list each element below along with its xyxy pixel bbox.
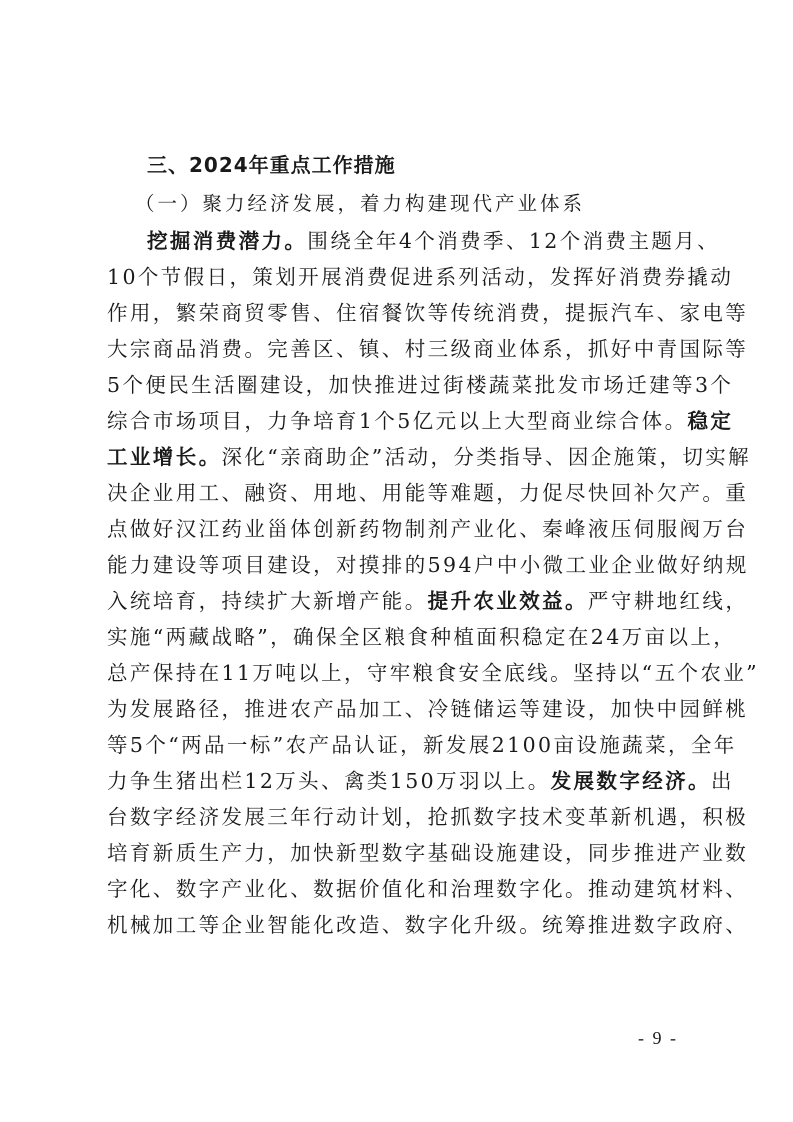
paragraph-line: 为发展路径，推进农产品加工、冷链储运等建设，加快中园鲜桃 bbox=[107, 691, 697, 727]
section-heading: 三、2024年重点工作措施 bbox=[107, 145, 697, 185]
paragraph-line: 10个节假日，策划开展消费促进系列活动，发挥好消费券撬动 bbox=[107, 259, 697, 295]
bold-lead: 工业增长。 bbox=[107, 445, 222, 469]
page-number: - 9 - bbox=[638, 1028, 678, 1049]
paragraph-line: 大宗商品消费。完善区、镇、村三级商业体系，抓好中青国际等 bbox=[107, 331, 697, 367]
bold-lead: 挖掘消费潜力。 bbox=[147, 229, 307, 253]
paragraph-line: 总产保持在11万吨以上，守牢粮食安全底线。坚持以“五个农业” bbox=[107, 655, 697, 691]
subsection-heading: （一）聚力经济发展，着力构建现代产业体系 bbox=[107, 185, 697, 223]
document-page: 三、2024年重点工作措施 （一）聚力经济发展，着力构建现代产业体系 挖掘消费潜… bbox=[107, 145, 697, 943]
paragraph-line: 台数字经济发展三年行动计划，抢抓数字技术变革新机遇，积极 bbox=[107, 799, 697, 835]
paragraph-line: 点做好汉江药业甾体创新药物制剂产业化、秦峰液压伺服阀万台 bbox=[107, 511, 697, 547]
paragraph-line: 实施“两藏战略”，确保全区粮食种植面积稳定在24万亩以上， bbox=[107, 619, 697, 655]
paragraph-line: 综合市场项目，力争培育1个5亿元以上大型商业综合体。稳定 bbox=[107, 403, 697, 439]
paragraph-line: 等5个“两品一标”农产品认证，新发展2100亩设施蔬菜，全年 bbox=[107, 727, 697, 763]
paragraph-line: 作用，繁荣商贸零售、住宿餐饮等传统消费，提振汽车、家电等 bbox=[107, 295, 697, 331]
paragraph-line: 决企业用工、融资、用地、用能等难题，力促尽快回补欠产。重 bbox=[107, 475, 697, 511]
paragraph-line: 力争生猪出栏12万头、禽类150万羽以上。发展数字经济。出 bbox=[107, 763, 697, 799]
paragraph-line: 5个便民生活圈建设，加快推进过街楼蔬菜批发市场迁建等3个 bbox=[107, 367, 697, 403]
bold-lead: 稳定 bbox=[687, 409, 733, 433]
paragraph-line: 机械加工等企业智能化改造、数字化升级。统筹推进数字政府、 bbox=[107, 907, 697, 943]
bold-lead: 发展数字经济。 bbox=[551, 769, 711, 793]
bold-lead: 提升农业效益。 bbox=[428, 589, 588, 613]
paragraph-line: 能力建设等项目建设，对摸排的594户中小微工业企业做好纳规 bbox=[107, 547, 697, 583]
paragraph-line: 挖掘消费潜力。围绕全年4个消费季、12个消费主题月、 bbox=[107, 223, 697, 259]
paragraph-line: 培育新质生产力，加快新型数字基础设施建设，同步推进产业数 bbox=[107, 835, 697, 871]
paragraph-line: 入统培育，持续扩大新增产能。提升农业效益。严守耕地红线， bbox=[107, 583, 697, 619]
paragraph-line: 工业增长。深化“亲商助企”活动，分类指导、因企施策，切实解 bbox=[107, 439, 697, 475]
paragraph-line: 字化、数字产业化、数据价值化和治理数字化。推动建筑材料、 bbox=[107, 871, 697, 907]
